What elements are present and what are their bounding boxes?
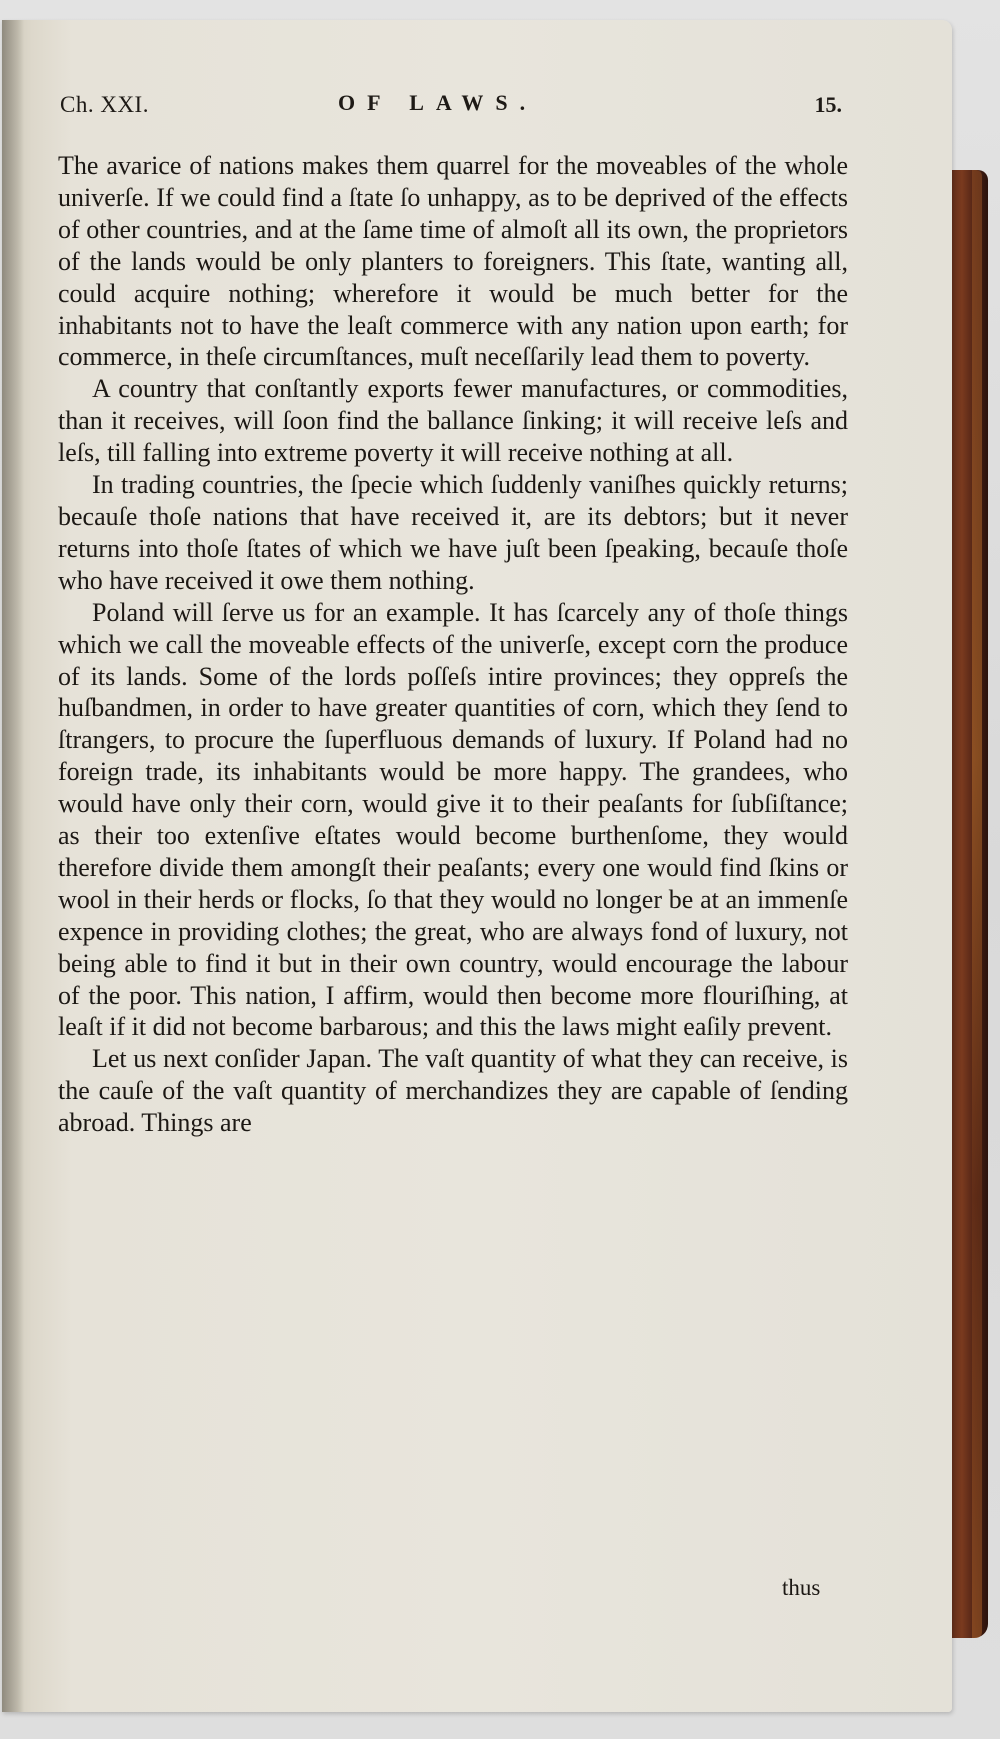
- page-number: 15.: [815, 92, 843, 118]
- catchword: thus: [782, 1575, 820, 1601]
- page-gutter-shadow: [2, 20, 24, 1712]
- chapter-label: Ch. XXI.: [60, 92, 149, 118]
- running-title: OF LAWS.: [338, 90, 537, 116]
- paragraph: A country that conſtantly exports fewer …: [58, 373, 848, 469]
- paragraph: Let us next conſider Japan. The vaſt qua…: [58, 1043, 848, 1139]
- paragraph: Poland will ſerve us for an example. It …: [58, 597, 848, 1044]
- book-page: Ch. XXI. OF LAWS. 15. The avarice of nat…: [2, 20, 952, 1712]
- paragraph: In trading countries, the ſpecie which ſ…: [58, 469, 848, 597]
- paragraph: The avarice of nations makes them quarre…: [58, 150, 848, 373]
- body-text: The avarice of nations makes them quarre…: [58, 150, 848, 1139]
- page-header: Ch. XXI. OF LAWS. 15.: [60, 92, 842, 132]
